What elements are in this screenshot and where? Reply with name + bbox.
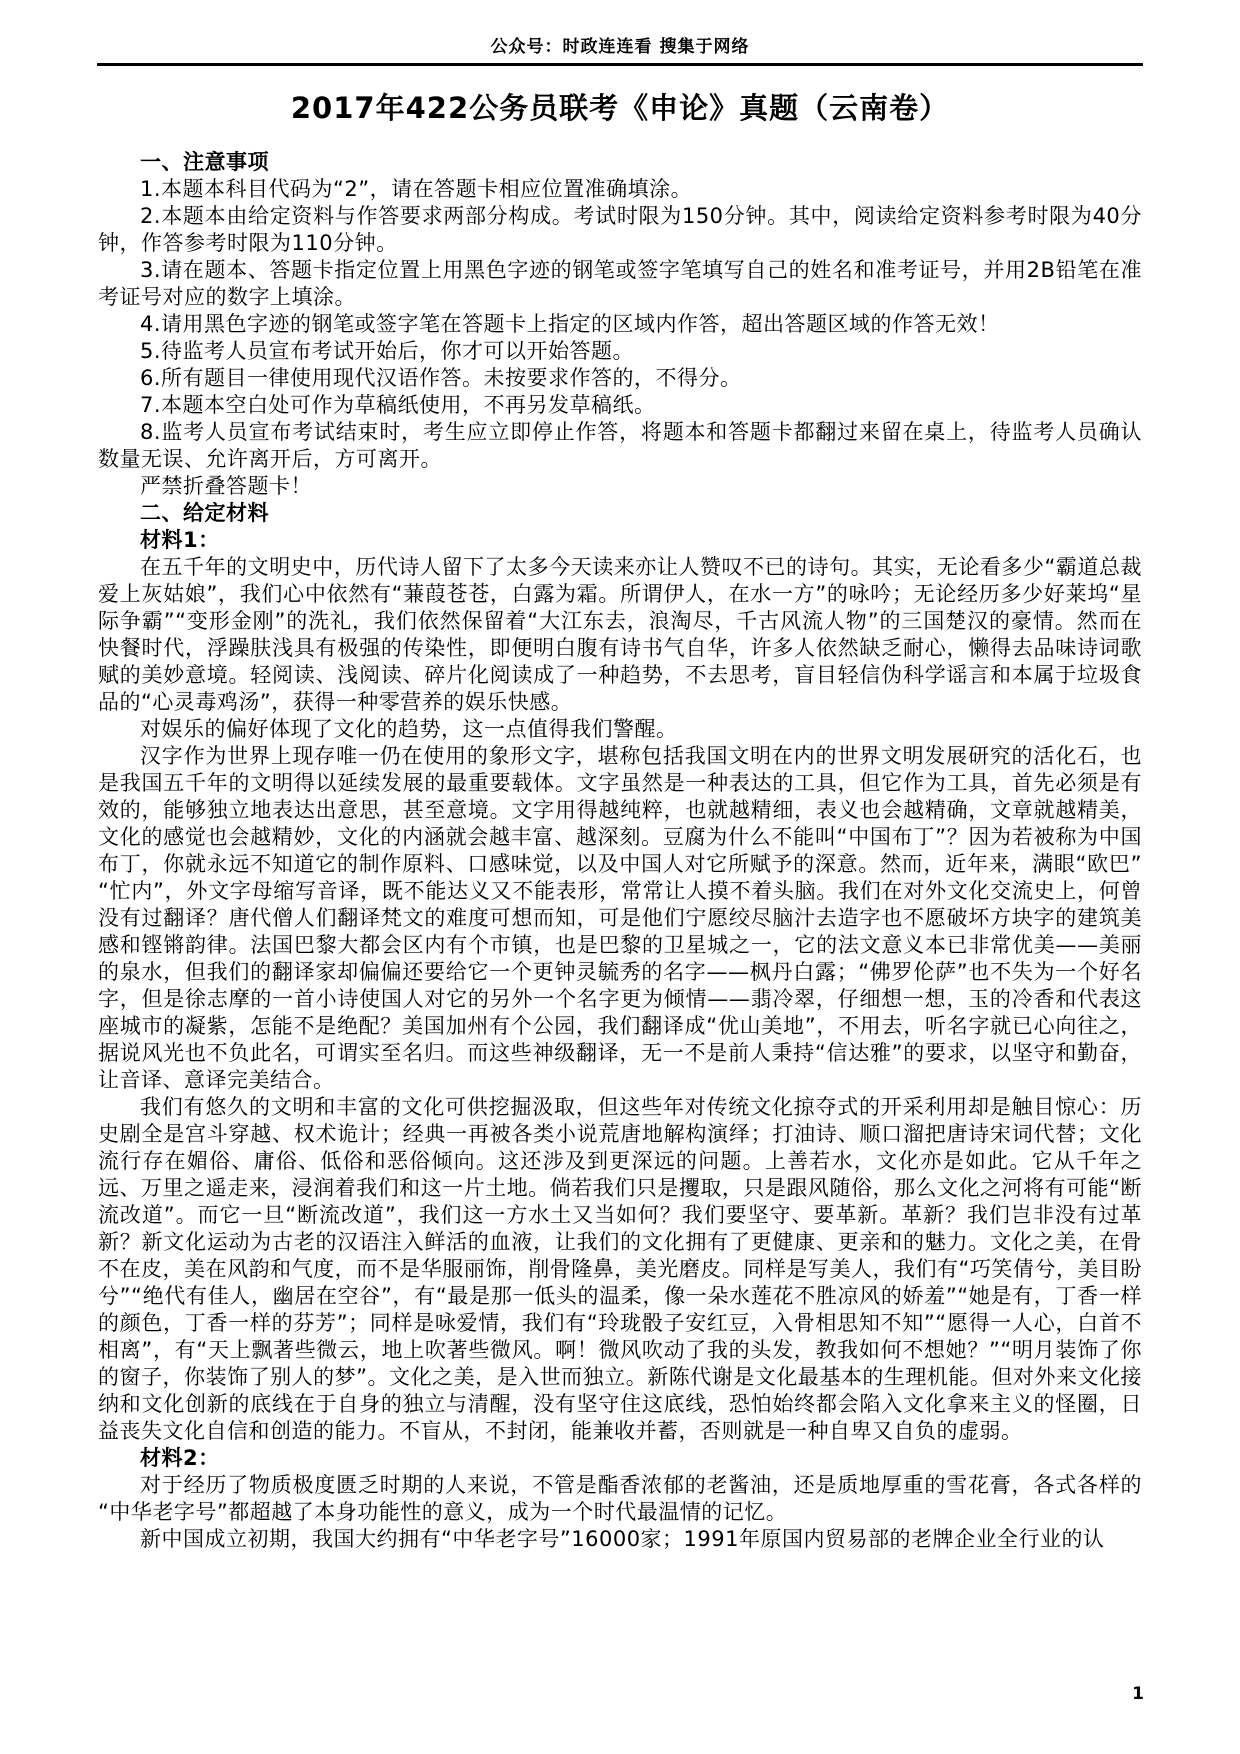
notice-item-3: 3.请在题本、答题卡指定位置上用黑色字迹的钢笔或签字笔填写自己的姓名和准考证号，… (98, 257, 1142, 311)
notice-item-6: 6.所有题目一律使用现代汉语作答。未按要求作答的，不得分。 (98, 365, 1142, 392)
material-1-para-1: 在五千年的文明史中，历代诗人留下了太多今天读来亦让人赞叹不已的诗句。其实，无论看… (98, 554, 1142, 716)
material-1-para-3: 汉字作为世界上现存唯一仍在使用的象形文字，堪称包括我国文明在内的世界文明发展研究… (98, 743, 1142, 1094)
document-body: 一、注意事项 1.本题本科目代码为“2”，请在答题卡相应位置准确填涂。 2.本题… (98, 149, 1142, 1553)
material-1-heading: 材料1： (98, 527, 1142, 554)
document-page: 公众号：时政连连看 搜集于网络 2017年422公务员联考《申论》真题（云南卷）… (0, 0, 1240, 1754)
material-2-para-2: 新中国成立初期，我国大约拥有“中华老字号”16000家；1991年原国内贸易部的… (98, 1526, 1142, 1553)
header-source-note: 公众号：时政连连看 搜集于网络 (0, 0, 1240, 57)
material-1-para-4: 我们有悠久的文明和丰富的文化可供挖掘汲取，但这些年对传统文化掠夺式的开采利用却是… (98, 1094, 1142, 1445)
material-1-para-2: 对娱乐的偏好体现了文化的趋势，这一点值得我们警醒。 (98, 716, 1142, 743)
header-rule (97, 63, 1143, 66)
material-2-heading: 材料2： (98, 1445, 1142, 1472)
notice-item-8: 8.监考人员宣布考试结束时，考生应立即停止作答，将题本和答题卡都翻过来留在桌上，… (98, 419, 1142, 473)
page-title: 2017年422公务员联考《申论》真题（云南卷） (0, 86, 1240, 127)
notice-item-1: 1.本题本科目代码为“2”，请在答题卡相应位置准确填涂。 (98, 176, 1142, 203)
notice-warning: 严禁折叠答题卡！ (98, 473, 1142, 500)
notice-item-5: 5.待监考人员宣布考试开始后，你才可以开始答题。 (98, 338, 1142, 365)
materials-section-heading: 二、给定材料 (98, 500, 1142, 527)
page-number: 1 (1132, 1684, 1144, 1704)
notice-item-2: 2.本题本由给定资料与作答要求两部分构成。考试时限为150分钟。其中，阅读给定资… (98, 203, 1142, 257)
notice-section-heading: 一、注意事项 (98, 149, 1142, 176)
notice-item-7: 7.本题本空白处可作为草稿纸使用，不再另发草稿纸。 (98, 392, 1142, 419)
notice-item-4: 4.请用黑色字迹的钢笔或签字笔在答题卡上指定的区域内作答，超出答题区域的作答无效… (98, 311, 1142, 338)
material-2-para-1: 对于经历了物质极度匮乏时期的人来说，不管是酯香浓郁的老酱油，还是质地厚重的雪花膏… (98, 1472, 1142, 1526)
